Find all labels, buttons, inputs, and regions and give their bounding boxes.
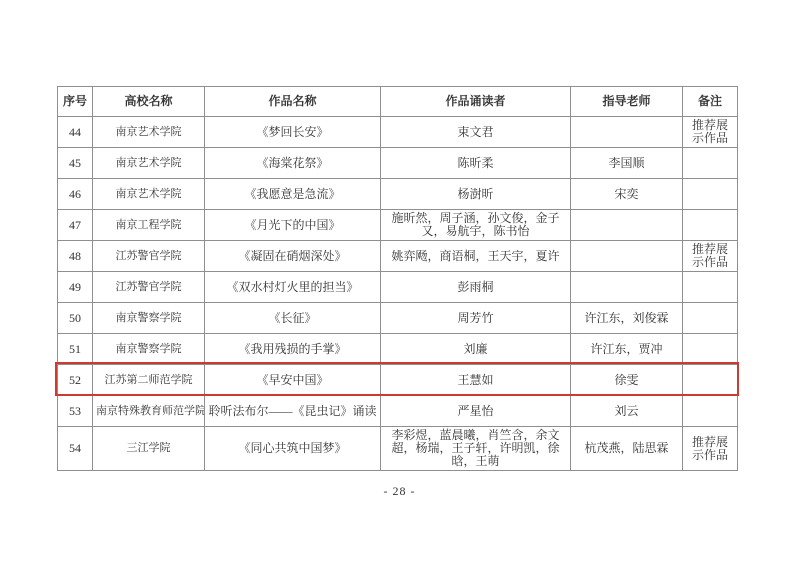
cell-readers: 李彩煜，蓝晨曦，肖竺含，余文超，杨瑞，王子轩，许明凯，徐晗，王萌: [381, 427, 571, 471]
table-header: 序号 高校名称 作品名称 作品诵读者 指导老师 备注: [58, 87, 738, 117]
cell-work: 《长征》: [205, 303, 381, 334]
cell-readers: 严星怡: [381, 396, 571, 427]
table-row: 45 南京艺术学院 《海棠花祭》 陈昕柔 李国顺: [58, 148, 738, 179]
cell-no: 45: [58, 148, 93, 179]
cell-note: [683, 272, 738, 303]
cell-readers: 彭雨桐: [381, 272, 571, 303]
cell-work: 《海棠花祭》: [205, 148, 381, 179]
table-row: 48 江苏警官学院 《凝固在硝烟深处》 姚弈飏，商语桐，王天宇，夏许 推荐展示作…: [58, 241, 738, 272]
cell-work: 聆听法布尔——《昆虫记》诵读: [205, 396, 381, 427]
cell-no: 52: [58, 365, 93, 396]
cell-teachers: 刘云: [571, 396, 683, 427]
header-note: 备注: [683, 87, 738, 117]
header-work: 作品名称: [205, 87, 381, 117]
cell-school: 三江学院: [93, 427, 205, 471]
cell-no: 47: [58, 210, 93, 241]
table-row: 51 南京警察学院 《我用残损的手掌》 刘廉 许江东，贾冲: [58, 334, 738, 365]
cell-note: [683, 303, 738, 334]
cell-readers: 陈昕柔: [381, 148, 571, 179]
table-row: 49 江苏警官学院 《双水村灯火里的担当》 彭雨桐: [58, 272, 738, 303]
table-row: 44 南京艺术学院 《梦回长安》 束文君 推荐展示作品: [58, 117, 738, 148]
cell-teachers: [571, 272, 683, 303]
cell-school: 江苏第二师范学院: [93, 365, 205, 396]
cell-readers: 周芳竹: [381, 303, 571, 334]
cell-work: 《双水村灯火里的担当》: [205, 272, 381, 303]
roster-table: 序号 高校名称 作品名称 作品诵读者 指导老师 备注 44 南京艺术学院 《梦回…: [57, 86, 738, 471]
cell-readers: 刘廉: [381, 334, 571, 365]
cell-readers: 束文君: [381, 117, 571, 148]
cell-school: 江苏警官学院: [93, 272, 205, 303]
cell-no: 49: [58, 272, 93, 303]
cell-no: 51: [58, 334, 93, 365]
cell-work: 《月光下的中国》: [205, 210, 381, 241]
table-row: 54 三江学院 《同心共筑中国梦》 李彩煜，蓝晨曦，肖竺含，余文超，杨瑞，王子轩…: [58, 427, 738, 471]
cell-no: 48: [58, 241, 93, 272]
cell-readers: 施昕然，周子涵，孙文俊，金子又，易航宇，陈书怡: [381, 210, 571, 241]
cell-note: [683, 210, 738, 241]
page-number: - 28 -: [0, 484, 799, 499]
cell-teachers: 杭茂燕，陆思霖: [571, 427, 683, 471]
cell-note: 推荐展示作品: [683, 117, 738, 148]
cell-school: 南京艺术学院: [93, 148, 205, 179]
cell-teachers: [571, 241, 683, 272]
cell-school: 南京特殊教育师范学院: [93, 396, 205, 427]
cell-no: 53: [58, 396, 93, 427]
cell-teachers: [571, 210, 683, 241]
cell-note: 推荐展示作品: [683, 241, 738, 272]
header-no: 序号: [58, 87, 93, 117]
cell-teachers: 徐雯: [571, 365, 683, 396]
cell-note: [683, 179, 738, 210]
cell-note: [683, 365, 738, 396]
cell-teachers: 李国顺: [571, 148, 683, 179]
cell-readers: 王慧如: [381, 365, 571, 396]
cell-teachers: [571, 117, 683, 148]
header-readers: 作品诵读者: [381, 87, 571, 117]
cell-note: 推荐展示作品: [683, 427, 738, 471]
cell-teachers: 许江东，刘俊霖: [571, 303, 683, 334]
cell-readers: 姚弈飏，商语桐，王天宇，夏许: [381, 241, 571, 272]
cell-school: 江苏警官学院: [93, 241, 205, 272]
header-row: 序号 高校名称 作品名称 作品诵读者 指导老师 备注: [58, 87, 738, 117]
header-school: 高校名称: [93, 87, 205, 117]
cell-school: 南京艺术学院: [93, 179, 205, 210]
table-row: 53 南京特殊教育师范学院 聆听法布尔——《昆虫记》诵读 严星怡 刘云: [58, 396, 738, 427]
table-row: 50 南京警察学院 《长征》 周芳竹 许江东，刘俊霖: [58, 303, 738, 334]
table-row: 46 南京艺术学院 《我愿意是急流》 杨澍昕 宋奕: [58, 179, 738, 210]
cell-work: 《我用残损的手掌》: [205, 334, 381, 365]
cell-school: 南京警察学院: [93, 334, 205, 365]
table-row: 47 南京工程学院 《月光下的中国》 施昕然，周子涵，孙文俊，金子又，易航宇，陈…: [58, 210, 738, 241]
cell-no: 44: [58, 117, 93, 148]
cell-work: 《我愿意是急流》: [205, 179, 381, 210]
cell-no: 54: [58, 427, 93, 471]
cell-school: 南京警察学院: [93, 303, 205, 334]
cell-no: 50: [58, 303, 93, 334]
document-page: 序号 高校名称 作品名称 作品诵读者 指导老师 备注 44 南京艺术学院 《梦回…: [0, 0, 799, 565]
header-teachers: 指导老师: [571, 87, 683, 117]
cell-teachers: 宋奕: [571, 179, 683, 210]
cell-note: [683, 334, 738, 365]
cell-note: [683, 148, 738, 179]
cell-readers: 杨澍昕: [381, 179, 571, 210]
table-row-highlighted: 52 江苏第二师范学院 《早安中国》 王慧如 徐雯: [58, 365, 738, 396]
cell-work: 《凝固在硝烟深处》: [205, 241, 381, 272]
cell-school: 南京工程学院: [93, 210, 205, 241]
cell-teachers: 许江东，贾冲: [571, 334, 683, 365]
cell-note: [683, 396, 738, 427]
cell-no: 46: [58, 179, 93, 210]
cell-work: 《梦回长安》: [205, 117, 381, 148]
cell-work: 《早安中国》: [205, 365, 381, 396]
cell-school: 南京艺术学院: [93, 117, 205, 148]
cell-work: 《同心共筑中国梦》: [205, 427, 381, 471]
